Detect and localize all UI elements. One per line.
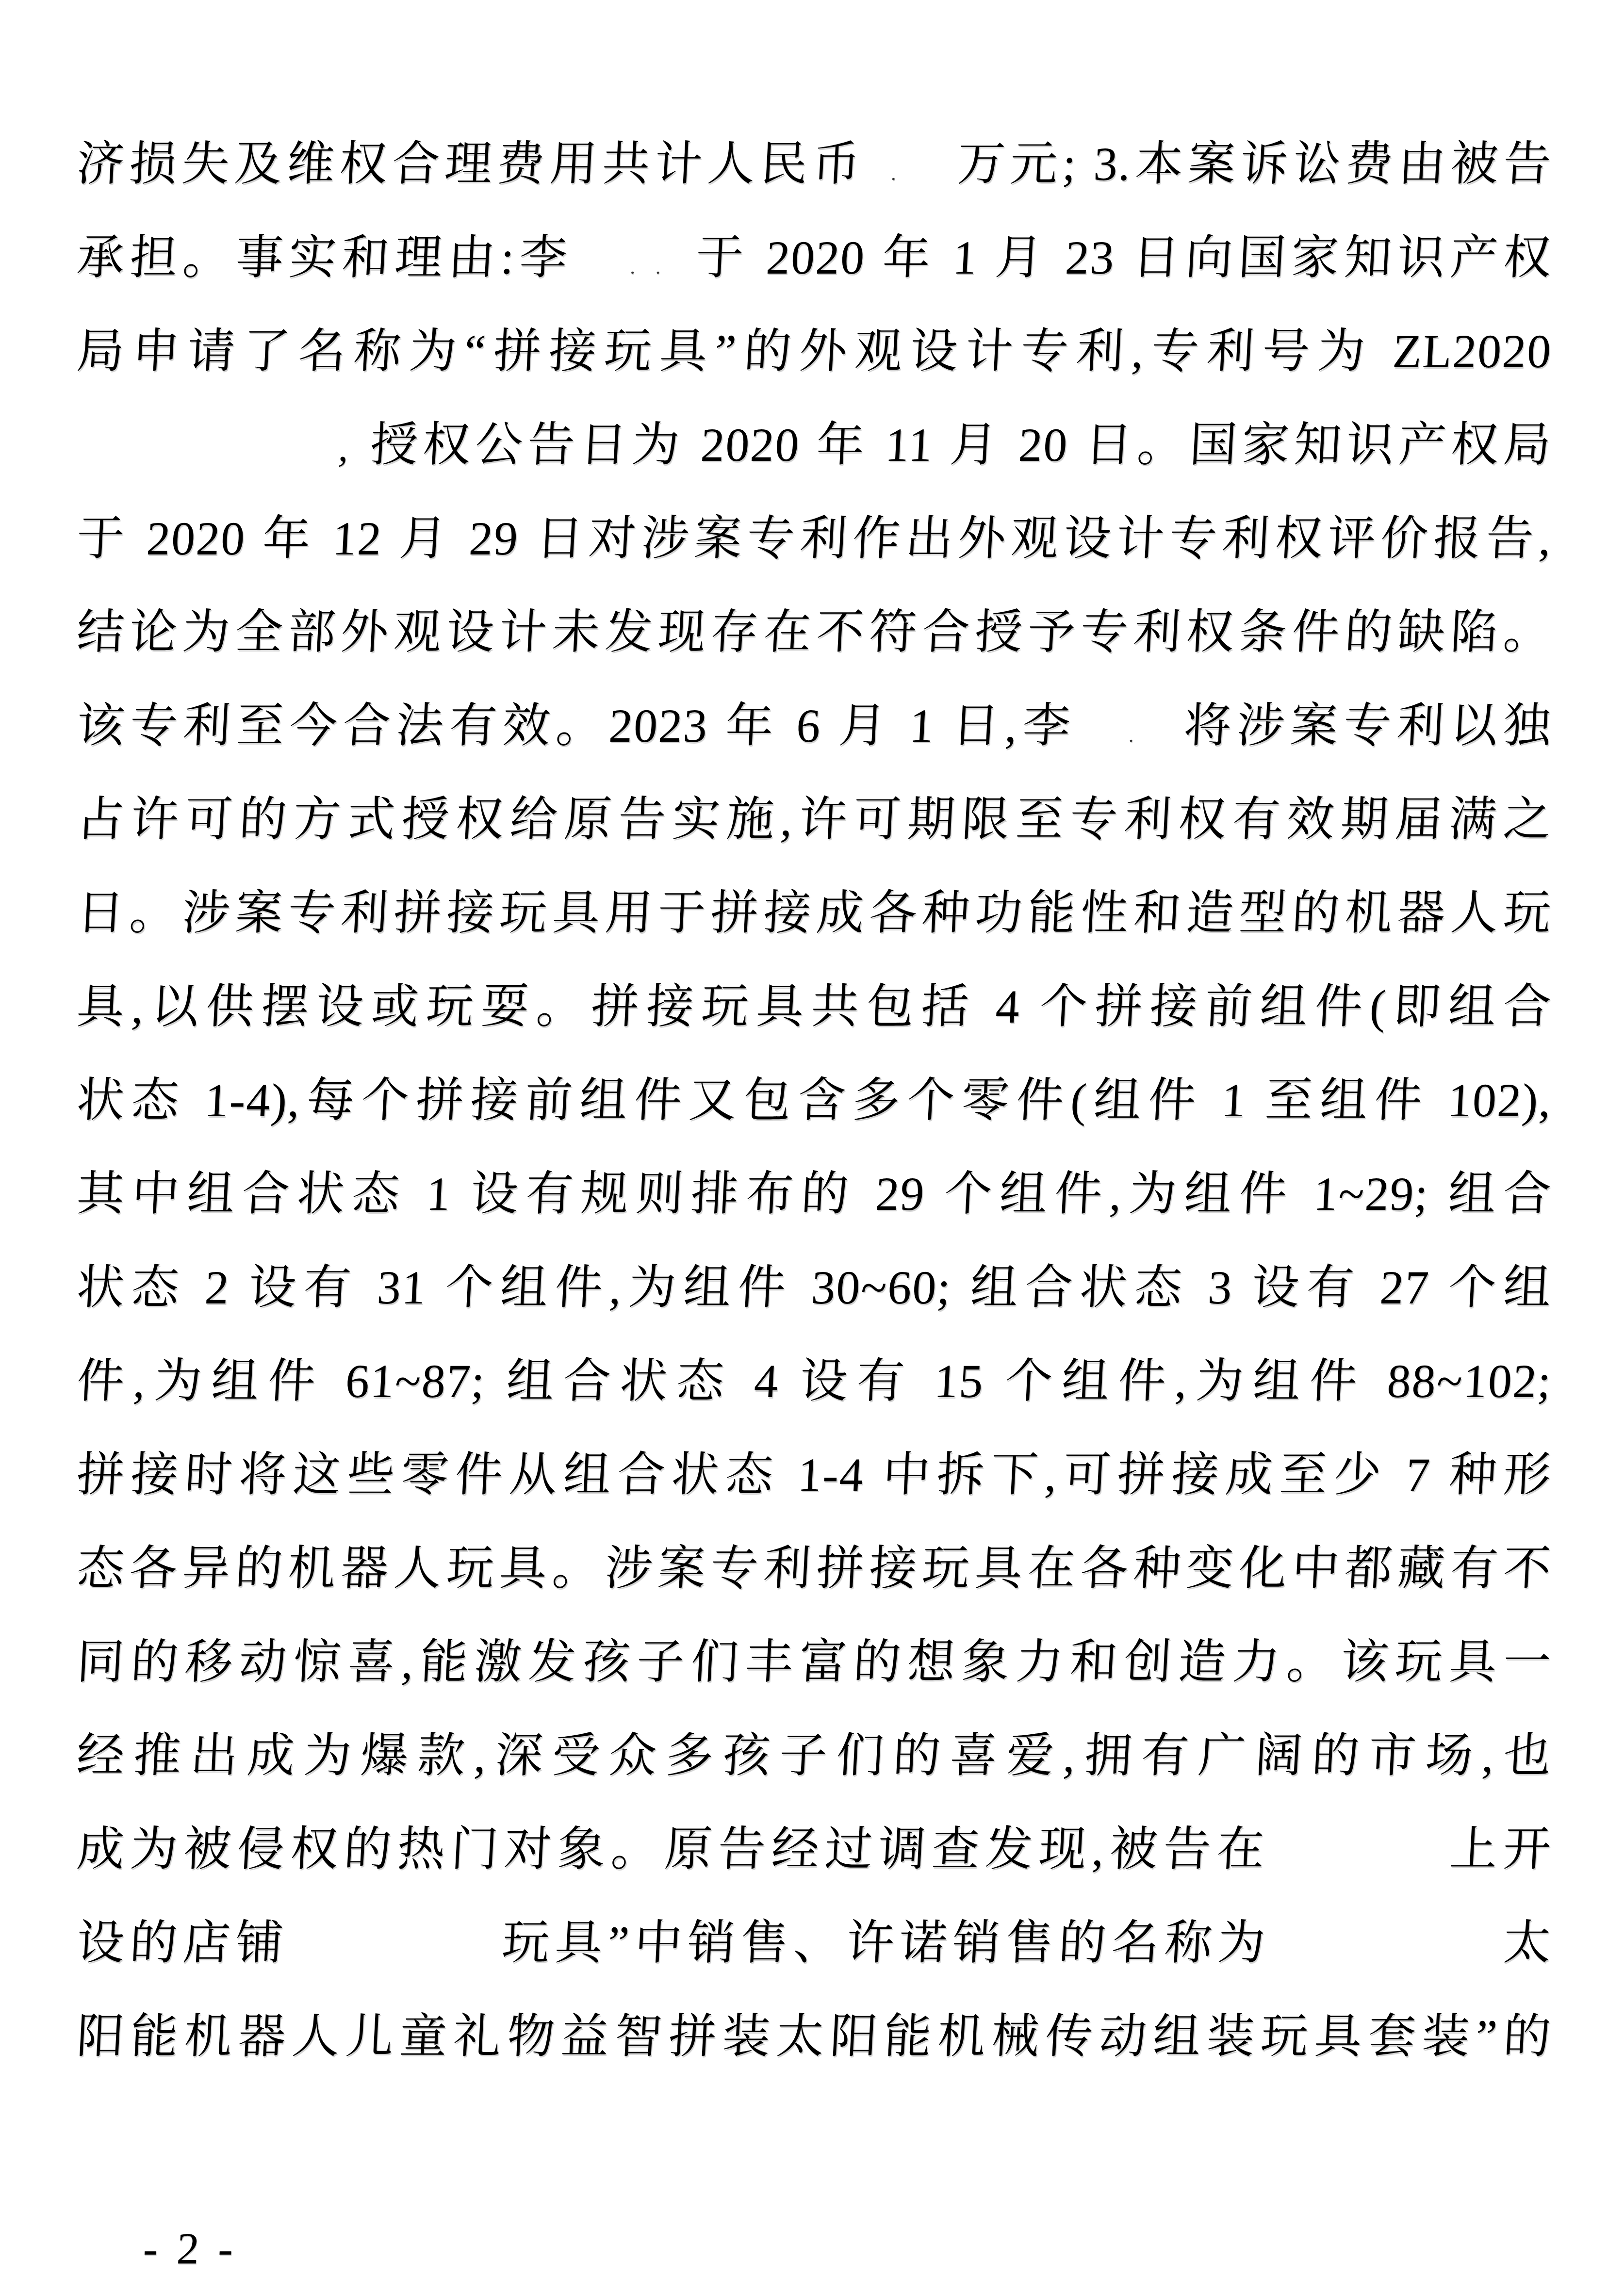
- text-line: 状态 2 设有 31 个组件,为组件 30~60; 组合状态 3 设有 27 个…: [74, 1241, 1554, 1335]
- text-segment: 件,为组件 61~87; 组合状态 4 设有 15 个组件,为组件 88~102…: [75, 1355, 1553, 1408]
- text-line: 同的移动惊喜,能激发孩子们丰富的想象力和创造力。该玩具一: [74, 1616, 1554, 1710]
- text-line: 该专利至今合法有效。2023 年 6 月 1 日,李.将涉案专利以独: [74, 680, 1554, 773]
- text-segment: 设的店铺: [75, 1917, 290, 1970]
- text-segment: 状态 2 设有 31 个组件,为组件 30~60; 组合状态 3 设有 27 个…: [75, 1262, 1553, 1314]
- text-segment: 授权公告日为 2020 年 11 月 20 日。国家知识产权局: [365, 419, 1553, 472]
- redaction-mark: .: [628, 221, 639, 314]
- redaction-mark: .: [653, 221, 664, 314]
- redaction-gap: [897, 179, 953, 180]
- redaction-gap: [636, 273, 656, 274]
- text-segment: 态各异的机器人玩具。涉案专利拼接玩具在各种变化中都藏有不: [75, 1543, 1553, 1595]
- text-segment: 同的移动惊喜,能激发孩子们丰富的想象力和创造力。该玩具一: [75, 1636, 1553, 1689]
- text-segment: 经推出成为爆款,深受众多孩子们的喜爱,拥有广阔的市场,也: [75, 1730, 1553, 1782]
- redaction-mark: ,: [336, 401, 352, 494]
- text-segment: 于 2020 年 12 月 29 日对涉案专利作出外观设计专利权评价报告,: [75, 513, 1553, 565]
- redaction-gap: [288, 1958, 496, 1959]
- text-segment: 其中组合状态 1 设有规则排布的 29 个组件,为组件 1~29; 组合: [75, 1168, 1553, 1221]
- redaction-mark: .: [1126, 689, 1137, 782]
- text-line: 件,为组件 61~87; 组合状态 4 设有 15 个组件,为组件 88~102…: [74, 1335, 1554, 1429]
- text-segment: 于 2020 年 1 月 23 日向国家知识产权: [690, 232, 1553, 284]
- text-line: 其中组合状态 1 设有规则排布的 29 个组件,为组件 1~29; 组合: [74, 1148, 1554, 1241]
- text-segment: 日。涉案专利拼接玩具用于拼接成各种功能性和造型的机器人玩: [75, 887, 1553, 940]
- text-line: 具,以供摆设或玩耍。拼接玩具共包括 4 个拼接前组件(即组合: [74, 961, 1554, 1054]
- text-segment: 玩具”中销售、许诺销售的名称为: [496, 1917, 1272, 1970]
- text-segment: 上开: [1444, 1824, 1553, 1876]
- text-line: 设的店铺玩具”中销售、许诺销售的名称为太: [74, 1897, 1554, 1990]
- redaction-gap: [1075, 741, 1129, 742]
- text-line: 经推出成为爆款,深受众多孩子们的喜爱,拥有广阔的市场,也: [74, 1710, 1554, 1803]
- redaction-gap: [661, 273, 690, 274]
- text-line: 于 2020 年 12 月 29 日对涉案专利作出外观设计专利权评价报告,: [74, 492, 1554, 586]
- redaction-gap: [76, 460, 338, 461]
- text-line: 拼接时将这些零件从组合状态 1-4 中拆下,可拼接成至少 7 种形: [74, 1429, 1554, 1522]
- text-segment: 太: [1497, 1917, 1553, 1970]
- text-block: 济损失及维权合理费用共计人民币.万元; 3.本案诉讼费由被告承担。事实和理由:李…: [74, 118, 1549, 2084]
- text-line: 日。涉案专利拼接玩具用于拼接成各种功能性和造型的机器人玩: [74, 867, 1554, 961]
- document-page: 济损失及维权合理费用共计人民币.万元; 3.本案诉讼费由被告承担。事实和理由:李…: [0, 0, 1624, 2296]
- text-line: 济损失及维权合理费用共计人民币.万元; 3.本案诉讼费由被告: [74, 118, 1554, 212]
- redaction-gap: [1269, 1865, 1444, 1865]
- text-segment: 成为被侵权的热门对象。原告经过调查发现,被告在: [75, 1824, 1271, 1876]
- text-segment: 承担。事实和理由:李: [75, 232, 574, 284]
- text-segment: 占许可的方式授权给原告实施,许可期限至专利权有效期届满之: [75, 794, 1553, 846]
- text-line: 承担。事实和理由:李..于 2020 年 1 月 23 日向国家知识产权: [74, 212, 1554, 305]
- text-segment: 拼接时将这些零件从组合状态 1-4 中拆下,可拼接成至少 7 种形: [75, 1449, 1553, 1501]
- text-line: ,授权公告日为 2020 年 11 月 20 日。国家知识产权局: [74, 399, 1554, 492]
- text-segment: 结论为全部外观设计未发现存在不符合授予专利权条件的缺陷。: [75, 606, 1553, 659]
- text-line: 态各异的机器人玩具。涉案专利拼接玩具在各种变化中都藏有不: [74, 1522, 1554, 1616]
- page-number: - 2 -: [141, 2212, 239, 2285]
- redaction-gap: [349, 460, 366, 461]
- text-line: 状态 1-4),每个拼接前组件又包含多个零件(组件 1 至组件 102),: [74, 1054, 1554, 1148]
- text-segment: 万元; 3.本案诉讼费由被告: [952, 138, 1553, 191]
- redaction-gap: [572, 273, 630, 274]
- text-segment: 济损失及维权合理费用共计人民币: [75, 138, 866, 191]
- redaction-gap: [864, 179, 891, 180]
- text-segment: 局申请了名称为“拼接玩具”的外观设计专利,专利号为 ZL2020: [75, 326, 1553, 378]
- redaction-gap: [1134, 741, 1178, 742]
- text-line: 阳能机器人儿童礼物益智拼装太阳能机械传动组装玩具套装”的: [74, 1990, 1554, 2084]
- text-line: 成为被侵权的热门对象。原告经过调查发现,被告在上开: [74, 1803, 1554, 1897]
- text-line: 结论为全部外观设计未发现存在不符合授予专利权条件的缺陷。: [74, 586, 1554, 680]
- redaction-gap: [1270, 1958, 1498, 1959]
- text-line: 局申请了名称为“拼接玩具”的外观设计专利,专利号为 ZL2020: [74, 305, 1554, 399]
- text-line: 占许可的方式授权给原告实施,许可期限至专利权有效期届满之: [74, 773, 1554, 867]
- redaction-mark: .: [889, 127, 900, 221]
- text-segment: 状态 1-4),每个拼接前组件又包含多个零件(组件 1 至组件 102),: [75, 1075, 1553, 1127]
- text-segment: 阳能机器人儿童礼物益智拼装太阳能机械传动组装玩具套装”的: [75, 2011, 1553, 2063]
- text-segment: 该专利至今合法有效。2023 年 6 月 1 日,李: [75, 700, 1077, 752]
- text-segment: 将涉案专利以独: [1178, 700, 1553, 752]
- text-segment: 具,以供摆设或玩耍。拼接玩具共包括 4 个拼接前组件(即组合: [75, 981, 1553, 1033]
